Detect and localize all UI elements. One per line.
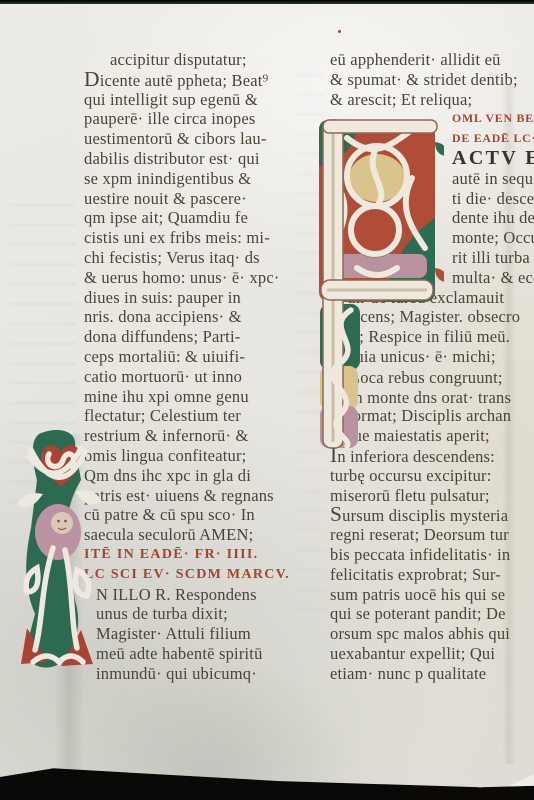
- text-line: sum patris uocē his qui se: [330, 585, 534, 605]
- text-line: miserorū fletu pulsatur;: [330, 486, 534, 506]
- corner-wedge: [488, 774, 534, 796]
- text-line: Qm dns ihc xpc in gla di: [84, 466, 324, 486]
- text-line: dente ihu de: [452, 208, 534, 228]
- text-line: & spumat· & stridet dentib;: [330, 70, 534, 90]
- text-line: etiam· nunc p qualitate: [330, 664, 534, 684]
- text-line: saecula seculorū AMEN;: [84, 525, 324, 545]
- text-line: monte; Occur: [452, 228, 534, 248]
- text-line: qm ipse ait; Quamdiu fe: [84, 208, 324, 228]
- text-line: patris est· uiuens & regnans: [84, 486, 324, 506]
- rubric-line: OML VEN BEDE PBI: [452, 109, 534, 129]
- text-line: dabilis distributor est· qui: [84, 149, 324, 169]
- corner-wedge-small: [464, 785, 486, 796]
- text-line: & arescit; Et reliqua;: [330, 90, 534, 110]
- text-line: bis peccata infidelitatis· in: [330, 545, 534, 565]
- text-line: catio mortuorū· ut inno: [84, 367, 324, 387]
- text-column-left: accipitur disputatur;Dicente autē ppheta…: [84, 50, 324, 684]
- manuscript-photo: { "colors": { "background": "#0a0908", "…: [0, 0, 534, 800]
- text-line: se xpm inindigentibus &: [84, 169, 324, 189]
- illuminated-initial-f: F: [317, 118, 444, 452]
- text-line: ITĒ IN EADĒ· FR· IIII.: [84, 545, 324, 565]
- marginal-initial-figure: I: [13, 428, 103, 670]
- text-line: cistis uni ex fribs meis: mi-: [84, 228, 324, 248]
- text-line: autē in sequen: [452, 169, 534, 189]
- text-line: ti die· descen: [452, 189, 534, 209]
- text-line: inmundū· qui ubicumq·: [84, 664, 324, 684]
- text-line: Dicente autē ppheta; Beat⁹: [84, 70, 324, 90]
- initial-f-artwork: [317, 118, 444, 452]
- text-line: diues in suis: pauper in: [84, 288, 324, 308]
- text-line: Sursum disciplis mysteria: [330, 505, 534, 525]
- text-line: uestimentorū & cibors lau-: [84, 129, 324, 149]
- text-line: qui intelligit sup egenū &: [84, 90, 324, 110]
- text-line: restrium & infernorū· &: [84, 426, 324, 446]
- text-line: ceps mortaliū: & uiuifi-: [84, 347, 324, 367]
- text-line: omis lingua confiteatur;: [84, 446, 324, 466]
- text-line: eū apphenderit· allidit eū: [330, 50, 534, 70]
- photo-frame: accipitur disputatur;Dicente autē ppheta…: [0, 0, 534, 800]
- text-column-right: eū apphenderit· allidit eū& spumat· & st…: [330, 50, 534, 684]
- text-line: uexabantur expellit; Qui: [330, 644, 534, 664]
- text-line: rit illi turba: [452, 248, 534, 268]
- text-line: unus de turba dixit;: [84, 604, 324, 624]
- right-column-opening: eū apphenderit· allidit eū& spumat· & st…: [330, 50, 534, 109]
- text-line: turbę occursu excipitur:: [330, 466, 534, 486]
- text-line: LC SCI EV· SCDM MARCV.: [84, 565, 324, 585]
- text-line: orsum spc malos abhis qui: [330, 624, 534, 644]
- text-line: regni reserat; Deorsum tur: [330, 525, 534, 545]
- text-line: dona diffundens; Parti-: [84, 327, 324, 347]
- rubric-line: DE EADĒ LC· ILXX: [452, 129, 534, 149]
- text-line: uestire nouit & pascere·: [84, 189, 324, 209]
- right-column-body-lower: In inferiora descendens:turbę occursu ex…: [330, 446, 534, 684]
- text-line: meū adte habentē spiritū: [84, 644, 324, 664]
- text-line: multa· & ecce: [452, 268, 534, 288]
- text-line: cū patre & cū spu sco· In: [84, 505, 324, 525]
- marginal-initial-artwork: [13, 428, 103, 670]
- ink-speck: [338, 30, 341, 33]
- text-line: nris. dona accipiens· &: [84, 307, 324, 327]
- text-line: felicitatis exprobrat; Sur-: [330, 565, 534, 585]
- text-line: accipitur disputatur;: [84, 50, 324, 70]
- incipit-line: ACTV EST: [452, 149, 534, 169]
- text-line: pauperē· ille circa inopes: [84, 109, 324, 129]
- text-line: & uerus homo: unus· ē· xpc·: [84, 268, 324, 288]
- text-line: flectatur; Celestium ter: [84, 406, 324, 426]
- text-line: Magister· Attuli filium: [84, 624, 324, 644]
- text-line: N ILLO R. Respondens: [84, 585, 324, 605]
- text-line: chi fecistis; Verus itaq· ds: [84, 248, 324, 268]
- text-line: mine ihu xpi omne genu: [84, 387, 324, 407]
- text-line: qui se poterant pandit; De: [330, 604, 534, 624]
- parchment-page: accipitur disputatur;Dicente autē ppheta…: [0, 4, 534, 796]
